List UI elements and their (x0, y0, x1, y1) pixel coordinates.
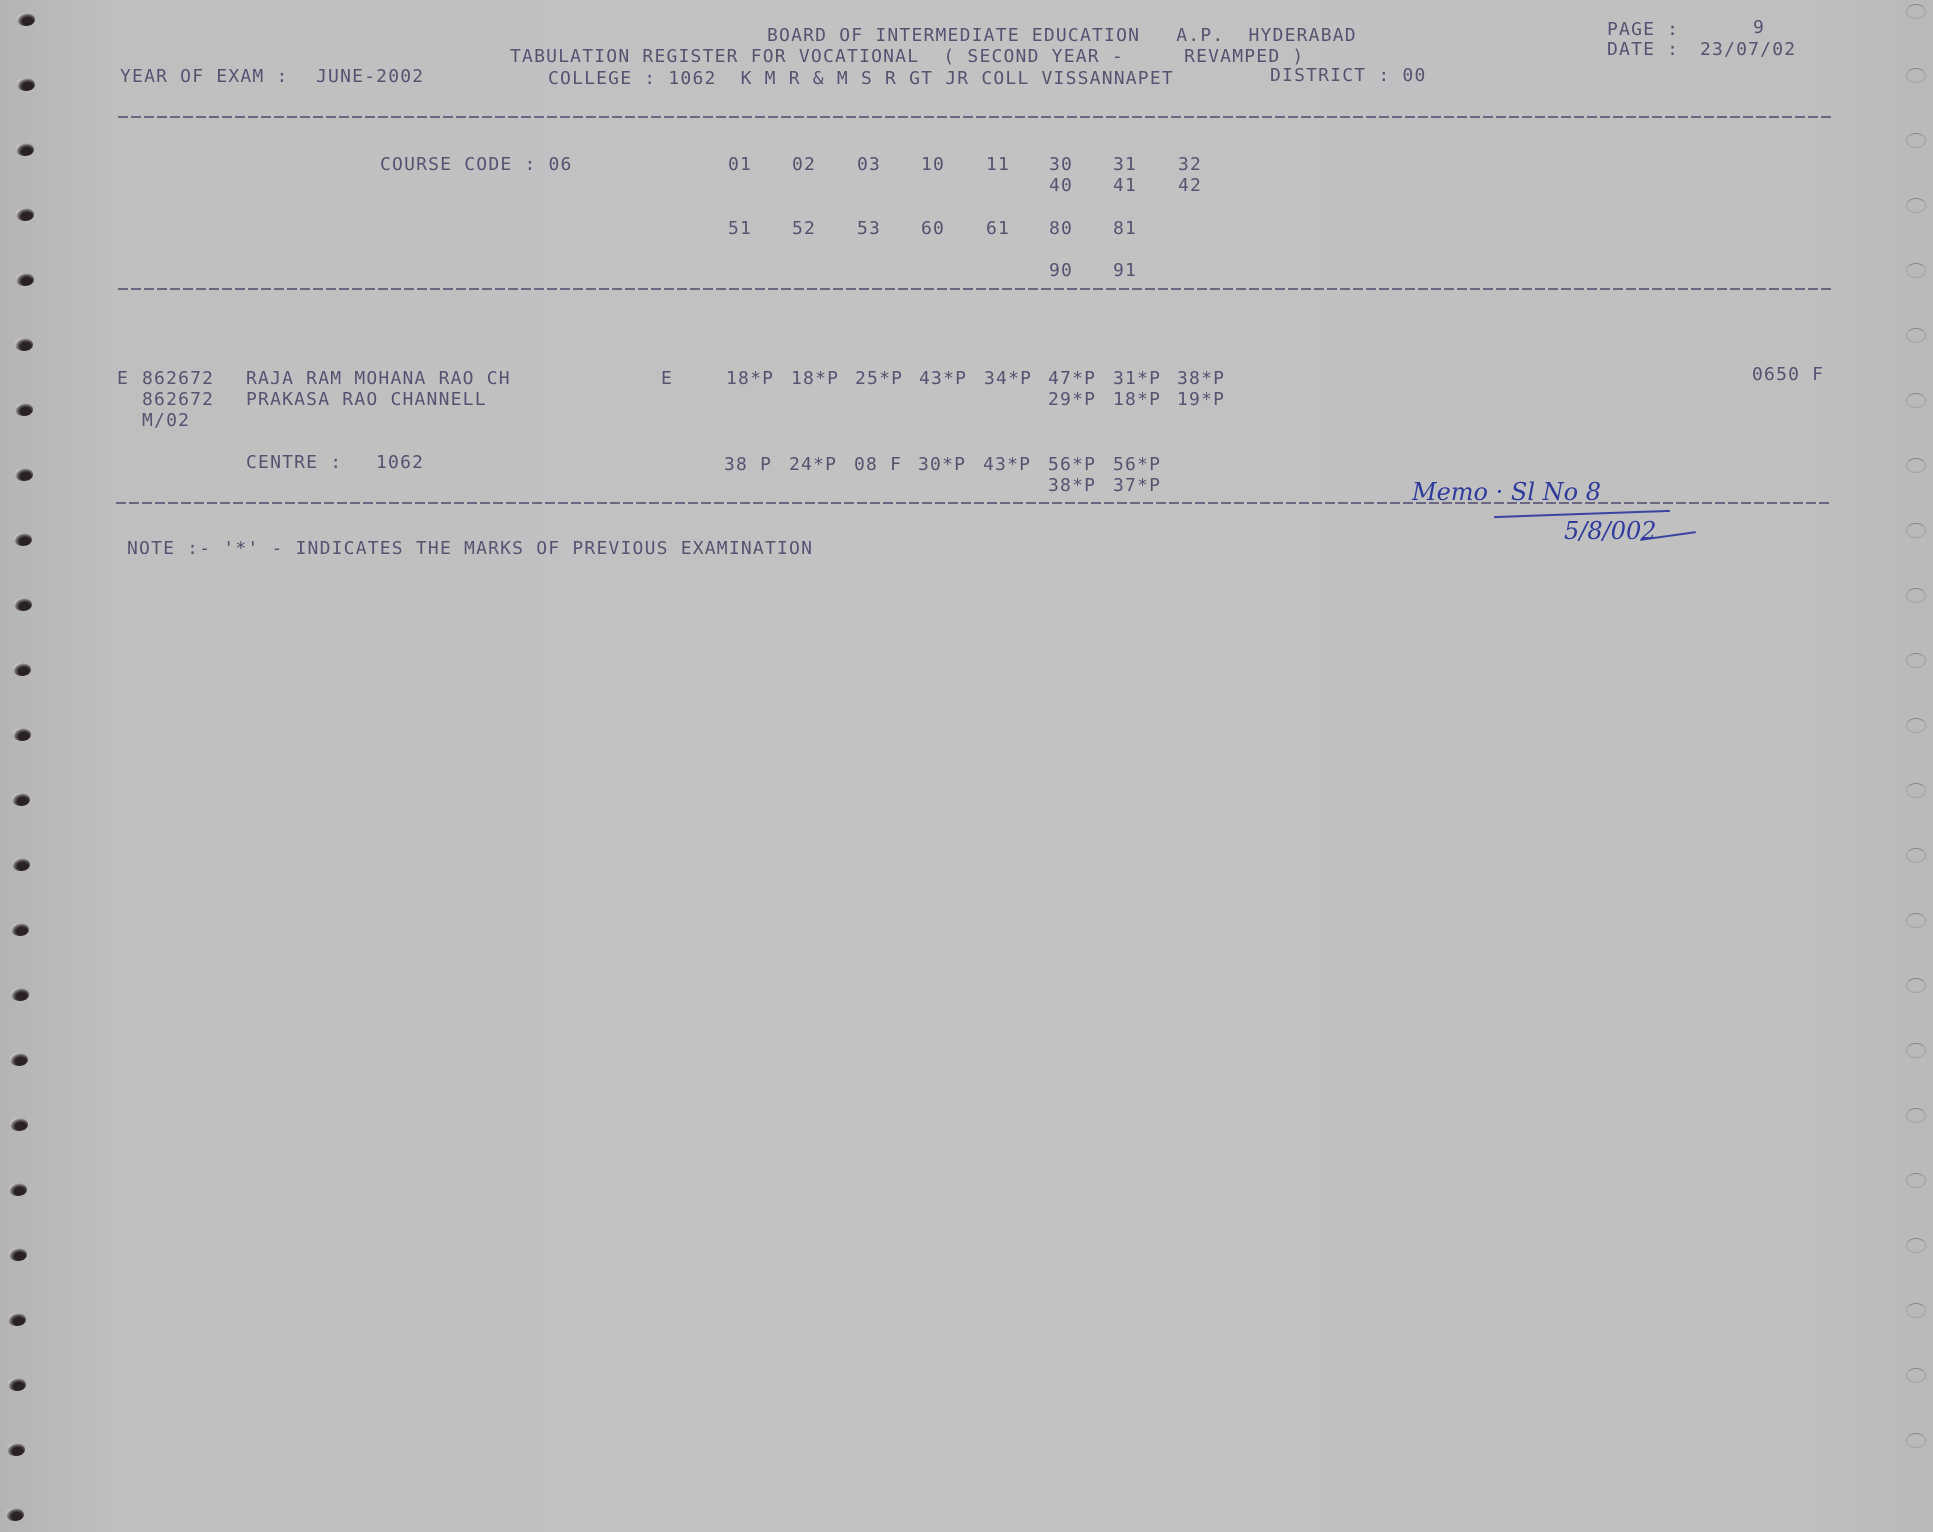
mark: 19*P (1177, 389, 1225, 410)
subject-code: 02 (792, 154, 816, 175)
subject-code: 90 (1049, 260, 1073, 281)
footnote: NOTE :- '*' - INDICATES THE MARKS OF PRE… (127, 538, 813, 559)
divider (118, 288, 1832, 290)
binder-hole-icon (14, 598, 32, 611)
binder-hole-icon (1906, 4, 1926, 19)
binder-hole-icon (10, 1053, 28, 1066)
mark: 37*P (1113, 475, 1161, 496)
binder-hole-icon (16, 208, 34, 221)
binder-hole-icon (14, 533, 32, 546)
subject-code: 51 (728, 218, 752, 239)
binder-hole-icon (15, 468, 33, 481)
binder-hole-icon (1906, 718, 1926, 733)
centre-value: 1062 (376, 452, 424, 473)
binder-hole-icon (10, 1118, 28, 1131)
subject-code: 42 (1178, 175, 1202, 196)
subject-code: 11 (986, 154, 1010, 175)
binder-hole-icon (1906, 913, 1926, 928)
divider (118, 116, 1832, 118)
subject-code: 80 (1049, 218, 1073, 239)
binder-hole-icon (15, 403, 33, 416)
mark: 47*P (1048, 368, 1096, 389)
binder-hole-icon (1906, 848, 1926, 863)
district-line: DISTRICT : 00 (1270, 65, 1426, 86)
binder-hole-icon (12, 858, 30, 871)
record-prefix: E (117, 368, 129, 389)
mark: 38*P (1177, 368, 1225, 389)
mark: 56*P (1113, 454, 1161, 475)
binder-hole-icon (9, 1248, 27, 1261)
page-number: 9 (1753, 17, 1765, 38)
subject-code: 61 (986, 218, 1010, 239)
mark: 56*P (1048, 454, 1096, 475)
binder-hole-icon (17, 78, 35, 91)
binder-hole-icon (8, 1378, 26, 1391)
mark: 31*P (1113, 368, 1161, 389)
subject-code: 10 (921, 154, 945, 175)
hall-ticket-number: 862672 (142, 368, 214, 389)
subject-code: 81 (1113, 218, 1137, 239)
subject-code: 01 (728, 154, 752, 175)
date-label: DATE : (1607, 39, 1679, 60)
binder-hole-icon (17, 13, 35, 26)
binder-hole-icon (1906, 328, 1926, 343)
subject-code: 91 (1113, 260, 1137, 281)
mark: 38*P (1048, 475, 1096, 496)
year-of-exam-label: YEAR OF EXAM : (120, 66, 289, 87)
father-name: PRAKASA RAO CHANNELL (246, 389, 487, 410)
registration-number: 862672 (142, 389, 214, 410)
mark: 29*P (1048, 389, 1096, 410)
student-name: RAJA RAM MOHANA RAO CH (246, 368, 511, 389)
binder-hole-icon (1906, 68, 1926, 83)
subject-code: 30 (1049, 154, 1073, 175)
binder-hole-icon (9, 1183, 27, 1196)
mark: 38 P (724, 454, 772, 475)
centre-label: CENTRE : (246, 452, 342, 473)
binder-hole-icon (1906, 1303, 1926, 1318)
mark: 43*P (983, 454, 1031, 475)
binder-hole-icon (1906, 783, 1926, 798)
subject-code: 41 (1113, 175, 1137, 196)
total-result: 0650 F (1752, 364, 1824, 385)
binder-hole-icon (1906, 133, 1926, 148)
binder-hole-icon (1906, 458, 1926, 473)
mark: 24*P (789, 454, 837, 475)
mark: 18*P (726, 368, 774, 389)
subject-code: 53 (857, 218, 881, 239)
course-code-label: COURSE CODE : 06 (380, 154, 573, 175)
register-title: TABULATION REGISTER FOR VOCATIONAL ( SEC… (510, 46, 1304, 67)
handwritten-date: 5/8/002 (1564, 517, 1657, 545)
previous-exam: M/02 (142, 410, 190, 431)
subject-code: 60 (921, 218, 945, 239)
binder-hole-icon (15, 338, 33, 351)
binder-hole-icon (1906, 653, 1926, 668)
binder-hole-icon (1906, 198, 1926, 213)
binder-hole-icon (1906, 1108, 1926, 1123)
binder-hole-icon (1906, 978, 1926, 993)
binder-hole-icon (16, 143, 34, 156)
binder-hole-icon (11, 988, 29, 1001)
binder-hole-icon (8, 1313, 26, 1326)
binder-hole-icon (11, 923, 29, 936)
medium: E (661, 368, 673, 389)
binder-hole-icon (1906, 1043, 1926, 1058)
subject-code: 03 (857, 154, 881, 175)
binder-hole-icon (13, 728, 31, 741)
binder-hole-icon (1906, 1173, 1926, 1188)
binder-hole-icon (1906, 1433, 1926, 1448)
mark: 25*P (855, 368, 903, 389)
handwritten-memo: Memo · Sl No 8 (1412, 478, 1601, 506)
board-title: BOARD OF INTERMEDIATE EDUCATION A.P. HYD… (767, 25, 1357, 46)
mark: 18*P (791, 368, 839, 389)
mark: 18*P (1113, 389, 1161, 410)
binder-hole-icon (16, 273, 34, 286)
binder-hole-icon (1906, 1238, 1926, 1253)
subject-code: 32 (1178, 154, 1202, 175)
binder-hole-icon (1906, 588, 1926, 603)
mark: 43*P (919, 368, 967, 389)
mark: 30*P (918, 454, 966, 475)
mark: 34*P (984, 368, 1032, 389)
year-of-exam-value: JUNE-2002 (316, 66, 424, 87)
binder-hole-icon (1906, 393, 1926, 408)
binder-hole-icon (13, 663, 31, 676)
subject-code: 31 (1113, 154, 1137, 175)
binder-hole-icon (1906, 523, 1926, 538)
subject-code: 40 (1049, 175, 1073, 196)
date-value: 23/07/02 (1700, 39, 1796, 60)
binder-hole-icon (7, 1443, 25, 1456)
page-label: PAGE : (1607, 19, 1679, 40)
binder-hole-icon (12, 793, 30, 806)
binder-hole-icon (6, 1508, 24, 1521)
mark: 08 F (854, 454, 902, 475)
college-line: COLLEGE : 1062 K M R & M S R GT JR COLL … (548, 68, 1174, 89)
subject-code: 52 (792, 218, 816, 239)
binder-hole-icon (1906, 263, 1926, 278)
binder-hole-icon (1906, 1368, 1926, 1383)
